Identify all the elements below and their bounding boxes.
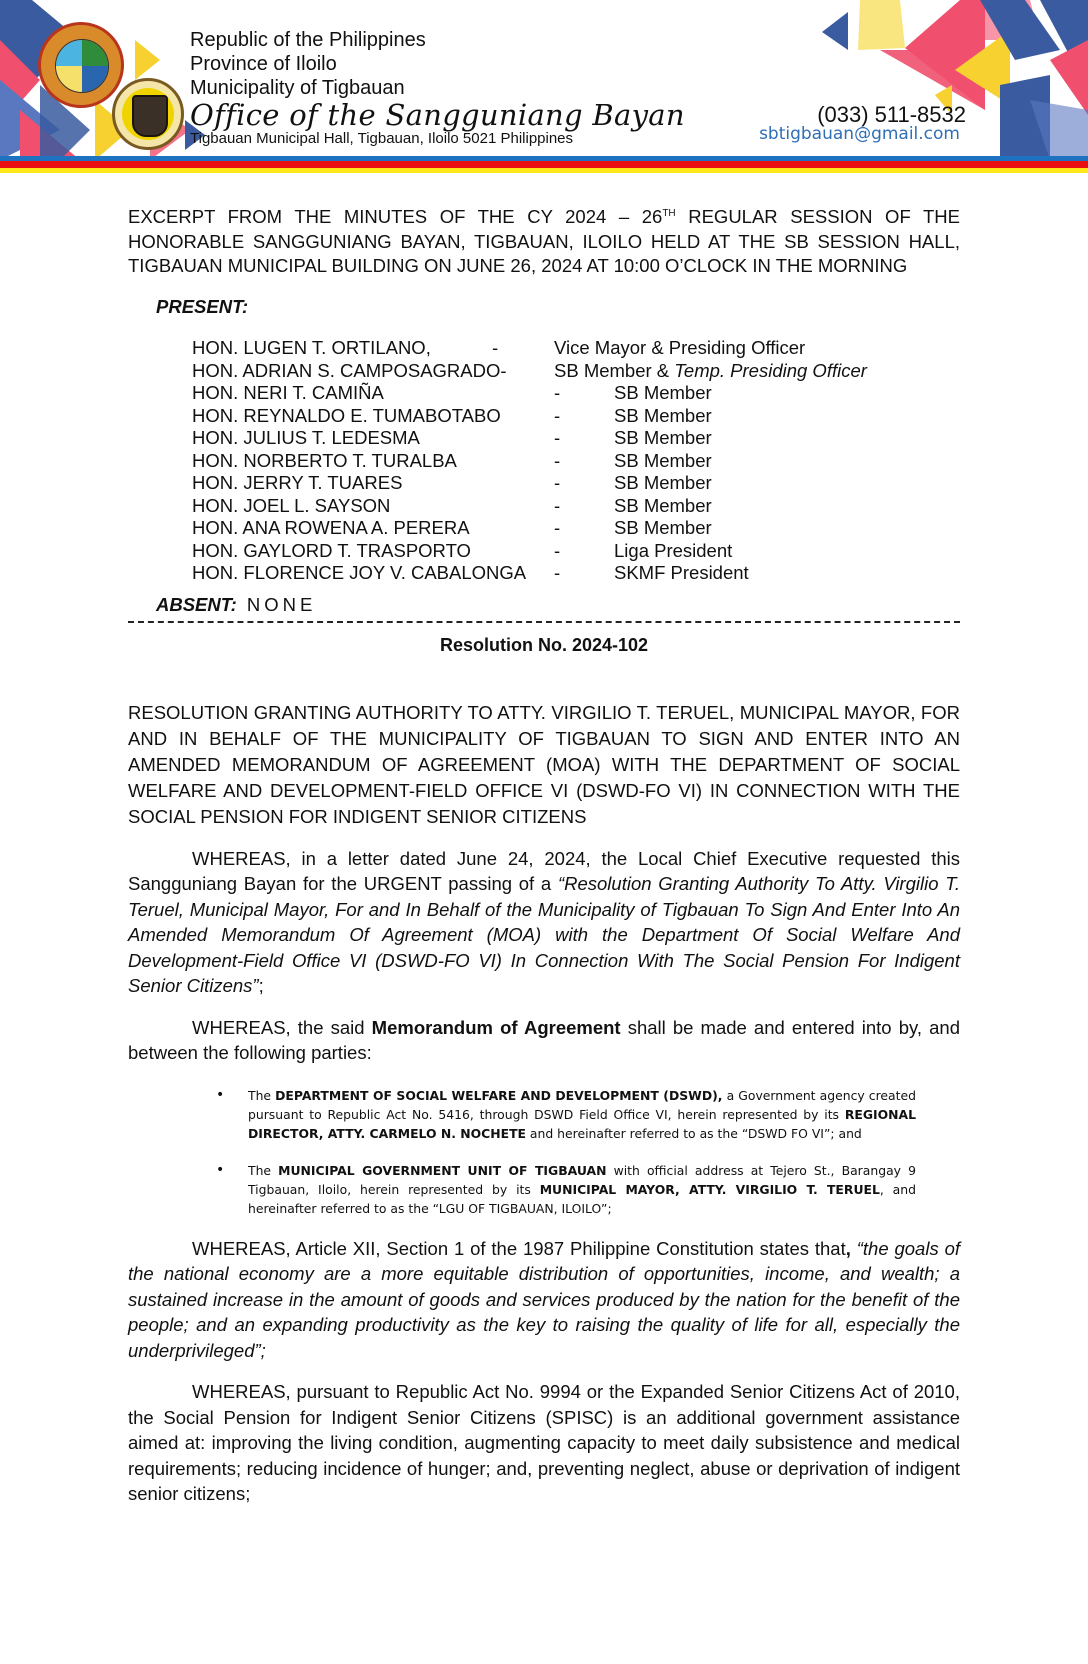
attendee-name: HON. NERI T. CAMIÑA bbox=[192, 382, 554, 405]
resolution-title: RESOLUTION GRANTING AUTHORITY TO ATTY. V… bbox=[128, 700, 960, 830]
whereas-clause-4: WHEREAS, pursuant to Republic Act No. 99… bbox=[128, 1379, 960, 1507]
attendee-role: SB Member bbox=[614, 495, 712, 518]
attendee-role: SB Member bbox=[614, 450, 712, 473]
attendee-role: SB Member & Temp. Presiding Officer bbox=[554, 360, 867, 383]
header-yellow-bar bbox=[0, 168, 1088, 173]
attendee-name: HON. ADRIAN S. CAMPOSAGRADO- bbox=[192, 360, 554, 383]
resolution-number: Resolution No. 2024-102 bbox=[128, 633, 960, 658]
document-body: EXCERPT FROM THE MINUTES OF THE CY 2024 … bbox=[128, 205, 960, 1507]
attendee-dash: - bbox=[492, 337, 554, 360]
municipality-seal-icon bbox=[38, 22, 124, 108]
office-address: Tigbauan Municipal Hall, Tigbauan, Iloil… bbox=[190, 130, 685, 147]
attendee-role: SB Member bbox=[614, 472, 712, 495]
attendee-name: HON. JERRY T. TUARES bbox=[192, 472, 554, 495]
header-red-bar bbox=[0, 161, 1088, 168]
attendee-role: SKMF President bbox=[614, 562, 749, 585]
attendee-dash: - bbox=[554, 540, 614, 563]
attendee-name: HON. JULIUS T. LEDESMA bbox=[192, 427, 554, 450]
parties-list: • The DEPARTMENT OF SOCIAL WELFARE AND D… bbox=[248, 1086, 916, 1218]
letterhead: Republic of the Philippines Province of … bbox=[0, 0, 1088, 178]
attendee-name: HON. GAYLORD T. TRASPORTO bbox=[192, 540, 554, 563]
dashed-separator bbox=[128, 621, 960, 623]
attendee-role: SB Member bbox=[614, 405, 712, 428]
attendee-name: HON. JOEL L. SAYSON bbox=[192, 495, 554, 518]
attendee-dash: - bbox=[554, 517, 614, 540]
attendee-role: SB Member bbox=[614, 382, 712, 405]
attendee-dash: - bbox=[554, 382, 614, 405]
party-dswd: • The DEPARTMENT OF SOCIAL WELFARE AND D… bbox=[248, 1086, 916, 1143]
attendee-role: SB Member bbox=[614, 427, 712, 450]
attendee-dash: - bbox=[554, 427, 614, 450]
attendee-row: HON. JERRY T. TUARES-SB Member bbox=[192, 472, 960, 495]
attendee-row: HON. NORBERTO T. TURALBA-SB Member bbox=[192, 450, 960, 473]
present-label: PRESENT: bbox=[156, 295, 960, 320]
attendees-list: HON. LUGEN T. ORTILANO,-Vice Mayor & Pre… bbox=[192, 337, 960, 585]
attendee-dash: - bbox=[554, 495, 614, 518]
bullet-icon: • bbox=[216, 1086, 224, 1105]
attendee-name: HON. ANA ROWENA A. PERERA bbox=[192, 517, 554, 540]
attendee-role: Liga President bbox=[614, 540, 732, 563]
office-email[interactable]: sbtigbauan@gmail.com bbox=[759, 124, 960, 144]
letterhead-text: Republic of the Philippines Province of … bbox=[190, 28, 685, 147]
party-lgu-tigbauan: • The MUNICIPAL GOVERNMENT UNIT OF TIGBA… bbox=[248, 1161, 916, 1218]
attendee-dash: - bbox=[554, 472, 614, 495]
municipality-line: Municipality of Tigbauan bbox=[190, 76, 685, 100]
attendee-name: HON. REYNALDO E. TUMABOTABO bbox=[192, 405, 554, 428]
attendee-row: HON. LUGEN T. ORTILANO,-Vice Mayor & Pre… bbox=[192, 337, 960, 360]
attendee-name: HON. FLORENCE JOY V. CABALONGA bbox=[192, 562, 554, 585]
minutes-excerpt-heading: EXCERPT FROM THE MINUTES OF THE CY 2024 … bbox=[128, 205, 960, 279]
attendee-row: HON. JOEL L. SAYSON-SB Member bbox=[192, 495, 960, 518]
attendee-role: Vice Mayor & Presiding Officer bbox=[554, 337, 805, 360]
province-line: Province of Iloilo bbox=[190, 52, 685, 76]
attendee-dash: - bbox=[554, 450, 614, 473]
whereas-clause-1: WHEREAS, in a letter dated June 24, 2024… bbox=[128, 846, 960, 999]
absent-line: ABSENT:NONE bbox=[156, 593, 960, 618]
attendee-name: HON. LUGEN T. ORTILANO, bbox=[192, 337, 492, 360]
attendee-row: HON. GAYLORD T. TRASPORTO-Liga President bbox=[192, 540, 960, 563]
sangguniang-bayan-seal-icon bbox=[112, 78, 184, 150]
whereas-clause-3: WHEREAS, Article XII, Section 1 of the 1… bbox=[128, 1236, 960, 1364]
attendee-row: HON. ADRIAN S. CAMPOSAGRADO-SB Member & … bbox=[192, 360, 960, 383]
bullet-icon: • bbox=[216, 1161, 224, 1180]
country-line: Republic of the Philippines bbox=[190, 28, 685, 52]
attendee-dash: - bbox=[554, 562, 614, 585]
attendee-row: HON. FLORENCE JOY V. CABALONGA-SKMF Pres… bbox=[192, 562, 960, 585]
attendee-row: HON. NERI T. CAMIÑA-SB Member bbox=[192, 382, 960, 405]
office-title: Office of the Sangguniang Bayan bbox=[190, 100, 685, 130]
attendee-row: HON. ANA ROWENA A. PERERA-SB Member bbox=[192, 517, 960, 540]
attendee-role: SB Member bbox=[614, 517, 712, 540]
absent-label: ABSENT: bbox=[156, 594, 237, 615]
whereas-clause-2: WHEREAS, the said Memorandum of Agreemen… bbox=[128, 1015, 960, 1066]
attendee-row: HON. JULIUS T. LEDESMA-SB Member bbox=[192, 427, 960, 450]
attendee-dash: - bbox=[554, 405, 614, 428]
absent-value: NONE bbox=[247, 594, 316, 615]
attendee-name: HON. NORBERTO T. TURALBA bbox=[192, 450, 554, 473]
attendee-row: HON. REYNALDO E. TUMABOTABO-SB Member bbox=[192, 405, 960, 428]
